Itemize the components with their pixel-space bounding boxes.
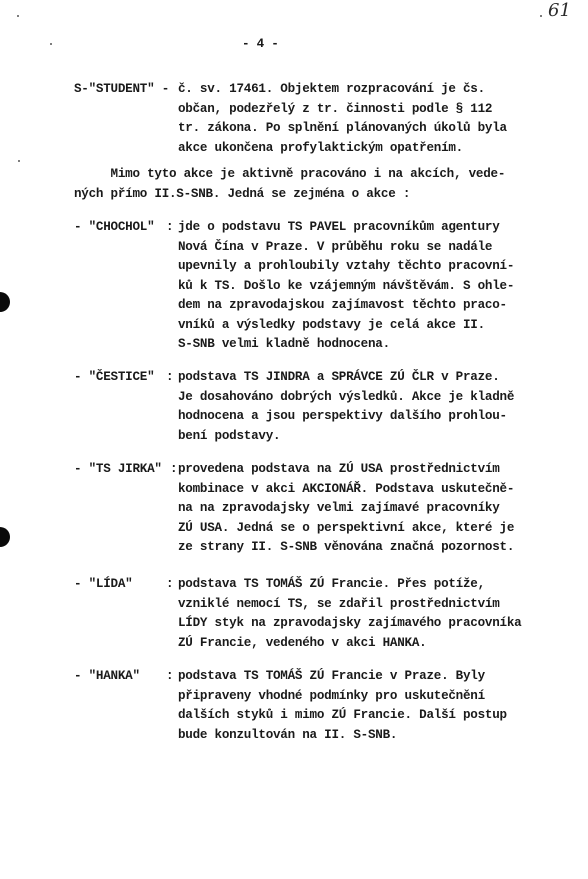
entry-line: podstava TS TOMÁŠ ZÚ Francie v Praze. By… [178,668,485,685]
entry-line: podstava TS JINDRA a SPRÁVCE ZÚ ČLR v Pr… [178,369,500,386]
punch-hole [0,527,10,547]
punch-hole [0,292,10,312]
entry-separator: : [166,576,173,593]
entry-separator: : [166,369,173,386]
student-first-line: č. sv. 17461. Objektem rozpracování je č… [178,81,485,98]
entry-line: hodnocena a jsou perspektivy dalšího pro… [178,408,507,425]
entry-line: ků k TS. Došlo ke vzájemným návštěvám. S… [178,278,514,295]
entry-line: Je dosahováno dobrých výsledků. Akce je … [178,389,514,406]
student-line: akce ukončena profylaktickým opatřením. [178,140,463,157]
entry-line: ZÚ Francie, vedeného v akci HANKA. [178,635,426,652]
entry-line: provedena podstava na ZÚ USA prostřednic… [178,461,500,478]
entry-line: připraveny vhodné podmínky pro uskutečně… [178,688,485,705]
entry-label: - "ČESTICE" [74,369,154,386]
entry-label: - "HANKA" [74,668,140,685]
entry-line: podstava TS TOMÁŠ ZÚ Francie. Přes potíž… [178,576,485,593]
speck [17,15,19,17]
entry-line: dem na zpravodajskou zajímavost těchto p… [178,297,507,314]
speck [540,15,542,17]
entry-line: kombinace v akci AKCIONÁŘ. Podstava usku… [178,481,514,498]
entry-separator: : [166,668,173,685]
entry-line: jde o podstavu TS PAVEL pracovníkům agen… [178,219,500,236]
entry-line: vzniklé nemocí TS, se zdařil prostřednic… [178,596,500,613]
student-line: tr. zákona. Po splnění plánovaných úkolů… [178,120,507,137]
entry-label: - "LÍDA" [74,576,132,593]
student-line: občan, podezřelý z tr. činnosti podle § … [178,101,492,118]
intro-line: Mimo tyto akce je aktivně pracováno i na… [74,166,505,183]
entry-line: LÍDY styk na zpravodajsky zajímavého pra… [178,615,521,632]
entry-line: bení podstavy. [178,428,280,445]
handwritten-folio-number: 61 [548,0,571,21]
entry-separator: : [166,219,173,236]
entry-separator: : [170,461,177,478]
page-number: - 4 - [242,36,279,53]
entry-line: upevnily a prohloubily vztahy těchto pra… [178,258,514,275]
student-label: S-"STUDENT" - [74,81,169,98]
entry-line: Nová Čína v Praze. V průběhu roku se nad… [178,239,492,256]
intro-line: ných přímo II.S-SNB. Jedná se zejména o … [74,186,410,203]
entry-label: - "TS JIRKA" [74,461,162,478]
entry-line: ze strany II. S-SNB věnována značná pozo… [178,539,514,556]
speck [18,160,20,162]
entry-line: bude konzultován na II. S-SNB. [178,727,397,744]
entry-line: dalších styků i mimo ZÚ Francie. Další p… [178,707,507,724]
entry-line: ZÚ USA. Jedná se o perspektivní akce, kt… [178,520,514,537]
speck [50,43,52,45]
entry-label: - "CHOCHOL" [74,219,154,236]
entry-line: S-SNB velmi kladně hodnocena. [178,336,390,353]
entry-line: vníků a výsledky podstavy je celá akce I… [178,317,485,334]
entry-line: na na zpravodajsky velmi zajímavé pracov… [178,500,500,517]
